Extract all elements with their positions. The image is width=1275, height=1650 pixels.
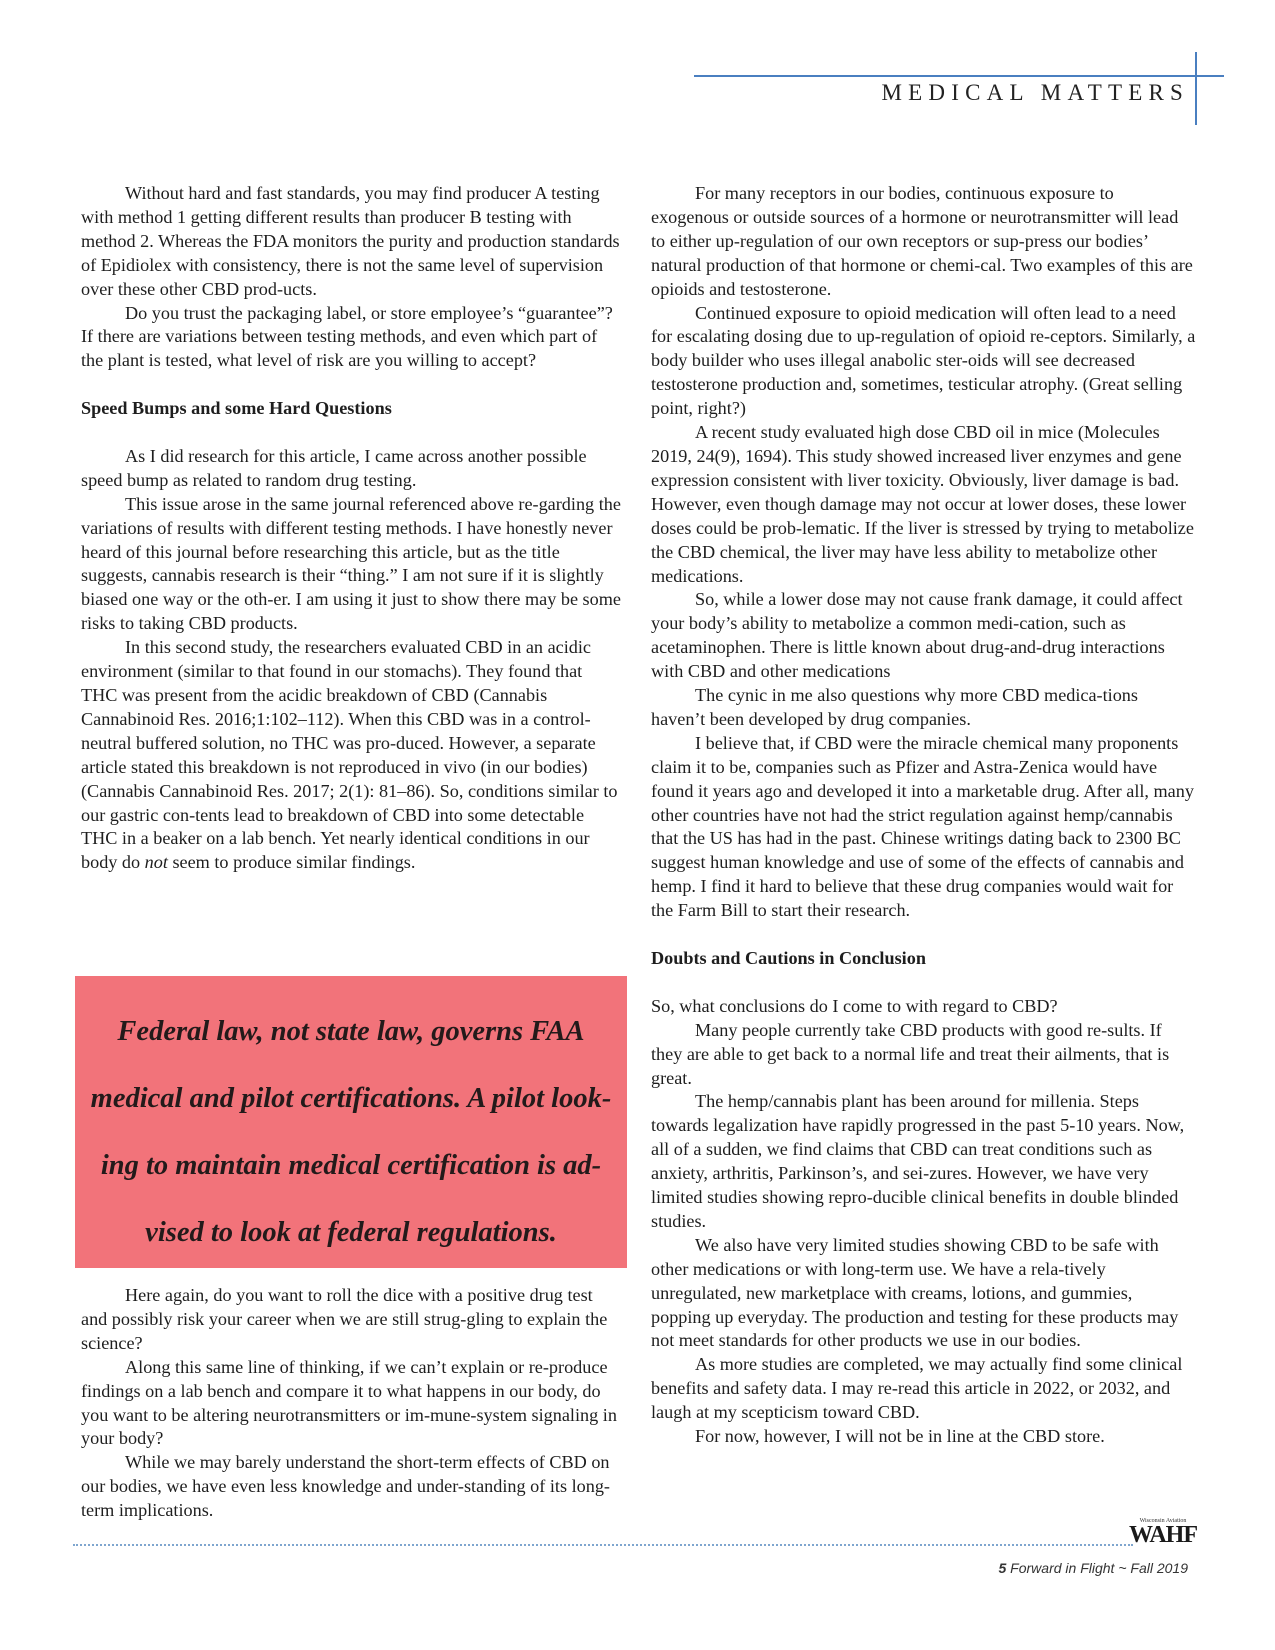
header-rule-horizontal [694,75,1224,77]
paragraph: This issue arose in the same journal ref… [81,493,621,636]
paragraph: We also have very limited studies showin… [651,1234,1196,1354]
section-title: MEDICAL MATTERS [882,80,1189,106]
paragraph: A recent study evaluated high dose CBD o… [651,421,1196,588]
paragraph: As I did research for this article, I ca… [81,445,621,493]
paragraph: For many receptors in our bodies, contin… [651,182,1196,302]
paragraph: While we may barely understand the short… [81,1451,621,1523]
paragraph: I believe that, if CBD were the miracle … [651,732,1196,923]
left-column-continued: Here again, do you want to roll the dice… [81,1284,621,1523]
logo-mark: WAHF [1128,1524,1198,1546]
paragraph: Here again, do you want to roll the dice… [81,1284,621,1356]
lead-sentence: So, what conclusions do I come to with r… [651,995,1196,1019]
section-heading: Speed Bumps and some Hard Questions [81,397,621,421]
wahf-logo: Wisconsin Aviation WAHF [1128,1518,1198,1556]
paragraph: For now, however, I will not be in line … [651,1425,1196,1449]
left-column: Without hard and fast standards, you may… [81,182,621,875]
publication-info: Forward in Flight ~ Fall 2019 [1006,1560,1188,1576]
paragraph: The hemp/cannabis plant has been around … [651,1090,1196,1233]
page-footer: 5 Forward in Flight ~ Fall 2019 [999,1560,1189,1576]
paragraph: So, while a lower dose may not cause fra… [651,588,1196,684]
paragraph-tail: seem to produce similar findings. [168,852,416,872]
paragraph: As more studies are completed, we may ac… [651,1353,1196,1425]
section-heading: Doubts and Cautions in Conclusion [651,947,1196,971]
emphasis-text: not [145,852,168,872]
paragraph: Without hard and fast standards, you may… [81,182,621,302]
pull-quote-box: Federal law, not state law, governs FAA … [75,976,627,1268]
paragraph: Many people currently take CBD products … [651,1019,1196,1091]
paragraph: Along this same line of thinking, if we … [81,1356,621,1452]
pull-quote-text: Federal law, not state law, governs FAA … [81,998,621,1266]
paragraph: Continued exposure to opioid medication … [651,302,1196,422]
paragraph: The cynic in me also questions why more … [651,684,1196,732]
paragraph: Do you trust the packaging label, or sto… [81,302,621,374]
paragraph: In this second study, the researchers ev… [81,636,621,875]
paragraph-body: In this second study, the researchers ev… [81,637,618,872]
right-column: For many receptors in our bodies, contin… [651,182,1196,1449]
footer-dotted-rule [73,1544,1133,1546]
header-rule-vertical [1195,52,1197,125]
